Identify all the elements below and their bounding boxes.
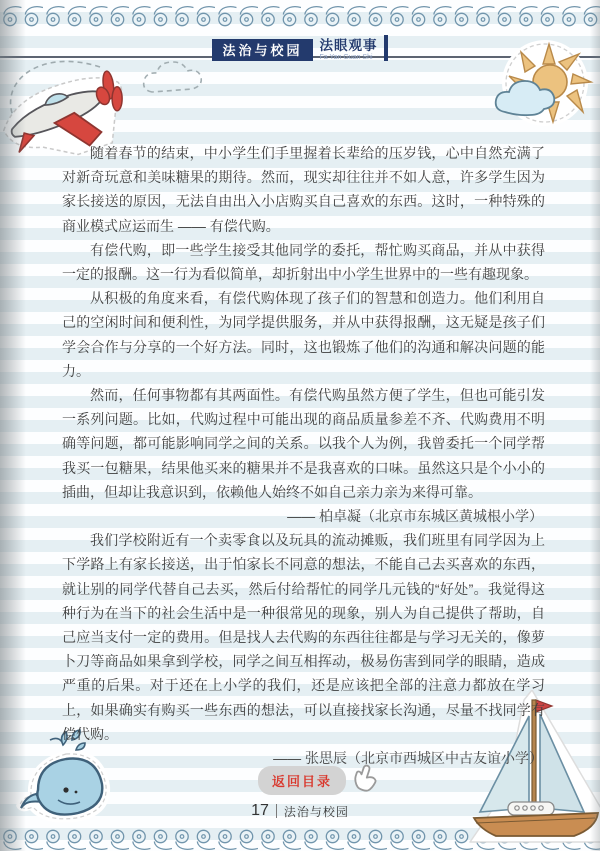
paragraph-reader-letter: 我们学校附近有一个卖零食以及玩具的流动摊贩，我们班里有同学因为上下学路上有家长接… [62, 528, 545, 746]
footer-divider [276, 804, 277, 818]
column-title: 法眼观事 Fa Yan Guan Shi [320, 39, 378, 62]
author-attribution-1: —— 柏卓凝（北京市东城区黄城根小学） [62, 504, 545, 528]
page-footer: 17 法治与校园 [0, 802, 600, 820]
magazine-title: 法治与校园 [284, 803, 349, 820]
magazine-page: 法治与校园 法眼观事 Fa Yan Guan Shi [0, 0, 600, 851]
wave-border-top-icon [0, 5, 600, 29]
section-badge: 法治与校园 [212, 39, 312, 61]
sun-cloud-icon [487, 38, 597, 134]
column-title-en: Fa Yan Guan Shi [320, 54, 378, 61]
back-to-contents-button[interactable]: 返回目录 [258, 766, 346, 795]
hand-cursor-icon [349, 763, 383, 797]
article-body: 随着春节的结束，中小学生们手里握着长辈给的压岁钱，心中自然充满了对新奇玩意和美味… [62, 141, 545, 770]
paragraph-4: 然而，任何事物都有其两面性。有偿代购虽然方便了学生，但也可能引发一系列问题。比如… [62, 383, 545, 504]
column-title-cn: 法眼观事 [320, 39, 378, 53]
paragraph-2: 有偿代购，即一些学生接受其他同学的委托，帮忙购买商品，并从中获得一定的报酬。这一… [62, 238, 545, 286]
column-title-bar [384, 35, 388, 61]
paragraph-1: 随着春节的结束，中小学生们手里握着长辈给的压岁钱，心中自然充满了对新奇玩意和美味… [62, 141, 545, 238]
paragraph-3: 从积极的角度来看，有偿代购体现了孩子们的智慧和创造力。他们利用自己的空闲时间和便… [62, 286, 545, 383]
page-number: 17 [251, 802, 269, 820]
